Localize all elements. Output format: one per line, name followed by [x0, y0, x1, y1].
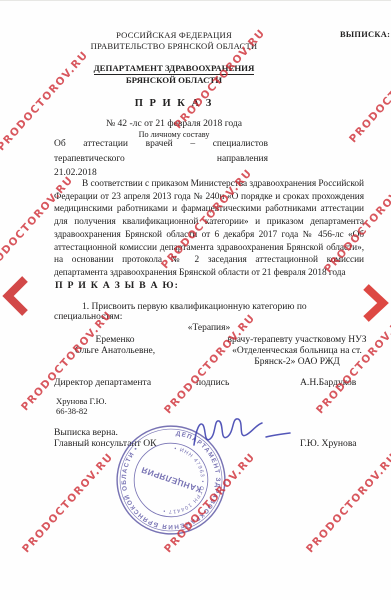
subject-block: Об аттестации врачей – специалистов тера… [54, 137, 268, 181]
department-name: ДЕПАРТАМЕНТ ЗДРАВООХРАНЕНИЯ БРЯНСКОЙ ОБЛ… [0, 63, 348, 86]
carousel-next-button[interactable] [362, 284, 390, 327]
consultant-name: Г.Ю. Хрунова [300, 438, 357, 449]
order-word: П Р И К А З Ы В А Ю: [55, 280, 179, 291]
contact-phone: 66-38-82 [56, 406, 88, 416]
extract-label: ВЫПИСКА: [340, 30, 390, 39]
document-header: РОССИЙСКАЯ ФЕДЕРАЦИЯ ПРАВИТЕЛЬСТВО БРЯНС… [0, 30, 348, 139]
chevron-left-icon [8, 279, 25, 313]
stamp-center-text: КАНЦЕЛЯРИЯ [140, 465, 203, 495]
signature-placeholder-label: подпись [196, 377, 229, 388]
watermark-text: PRODOCTOROV.RU [304, 451, 391, 556]
specialty-title: «Терапия» [54, 323, 364, 333]
document-page: РОССИЙСКАЯ ФЕДЕРАЦИЯ ПРАВИТЕЛЬСТВО БРЯНС… [0, 0, 391, 600]
watermark-text: PRODOCTOROV.RU [20, 451, 116, 556]
subject-line2: терапевтического направления [54, 152, 268, 167]
government-line: ПРАВИТЕЛЬСТВО БРЯНСКОЙ ОБЛАСТИ [0, 41, 348, 52]
signature-icon [186, 411, 306, 460]
contact-name: Хрунова Г.Ю. [56, 396, 107, 406]
recipient-name: Еременко Ольге Анатольевне, [50, 335, 180, 357]
order-item-1: 1. Присвоить первую квалификационную кат… [54, 302, 364, 322]
order-number-line: № 42 -лс от 21 февраля 2018 года [0, 118, 348, 129]
extract-valid-line: Выписка верна. [54, 427, 118, 438]
department-line2: БРЯНСКОЙ ОБЛАСТИ [126, 75, 222, 85]
doc-type-title: П Р И К А З [0, 98, 348, 109]
subject-line1: Об аттестации врачей – специалистов [54, 137, 268, 152]
main-paragraph: В соответствии с приказом Министерства з… [54, 178, 364, 280]
country-line: РОССИЙСКАЯ ФЕДЕРАЦИЯ [0, 30, 348, 41]
director-title: Директор департамента [54, 377, 151, 388]
watermark-text: PRODOCTOROV.RU [347, 41, 391, 146]
carousel-previous-button[interactable] [1, 275, 31, 322]
department-line1: ДЕПАРТАМЕНТ ЗДРАВООХРАНЕНИЯ [94, 63, 255, 75]
chevron-right-icon [366, 287, 383, 319]
recipient-position: врачу-терапевту участковому НУЗ «Отделен… [222, 335, 372, 367]
director-name: А.Н.Бардуков [300, 377, 356, 388]
